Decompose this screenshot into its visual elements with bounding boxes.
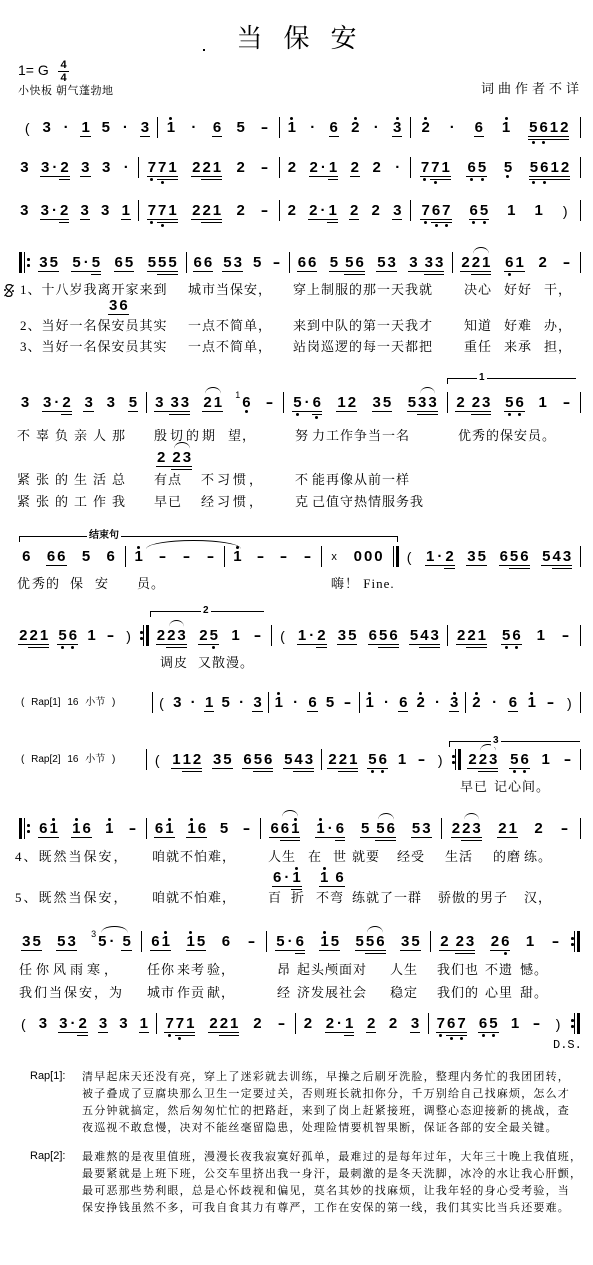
underline — [477, 176, 487, 177]
note-digit: 2 — [533, 821, 543, 837]
note-digit: 5 — [222, 752, 232, 768]
note-group: 3 — [118, 1016, 128, 1032]
note-digit: 5 — [375, 821, 385, 837]
note-digit: 6 — [118, 298, 128, 314]
dash-extension: - — [558, 255, 575, 271]
measure: 7716555612 — [412, 160, 578, 176]
beamed-note-group: 333 — [408, 255, 444, 271]
lyric-segment: 城市 — [147, 985, 175, 1001]
note-digit: 1 — [348, 752, 358, 768]
lyric-segment: 不习惯， — [201, 472, 265, 488]
grace-note: 3 — [91, 930, 96, 939]
underline — [519, 768, 529, 769]
note-digit: 3 — [154, 395, 164, 411]
note-digit: 2 — [201, 203, 211, 219]
underline — [58, 1032, 68, 1033]
note-group: - — [252, 628, 263, 644]
note-digit: 7 — [157, 203, 167, 219]
underline — [367, 768, 377, 769]
underline — [166, 647, 176, 648]
beamed-note-group: 2·1 — [308, 203, 338, 219]
staff-row: 61161-61165-6611·655653223212- — [0, 821, 593, 837]
note-group: ) — [436, 752, 445, 768]
note-group: · — [490, 695, 499, 711]
note-digit: 2 — [349, 203, 359, 219]
underline — [481, 414, 491, 415]
lyric-segment: 憾。 — [520, 962, 548, 978]
note-digit: 3 — [80, 160, 90, 176]
barline — [289, 252, 290, 273]
note-digit: 6 — [504, 255, 514, 271]
note-digit: 6 — [241, 395, 251, 411]
beamed-note-group: 221 — [456, 628, 487, 644]
repeat-end-barline — [574, 1013, 575, 1034]
underline — [175, 1032, 185, 1033]
underline — [167, 274, 177, 275]
dash-extension: - — [557, 628, 574, 644]
barline — [156, 1013, 157, 1034]
lyric-segment: 穿上制服的那一天我就 — [293, 282, 433, 298]
barline — [447, 392, 448, 413]
note-group: 1 — [104, 821, 114, 837]
underline — [372, 411, 382, 412]
note-digit: 6 — [242, 752, 252, 768]
note-digit: 3 — [66, 934, 76, 950]
underline — [77, 1032, 87, 1033]
underline — [366, 1032, 376, 1033]
beamed-note-group: 65 — [469, 203, 490, 219]
volta-bracket: 3 — [449, 741, 580, 747]
underline — [293, 771, 303, 772]
underline — [212, 768, 222, 769]
lyric-segment: 紧张的生活总 — [17, 472, 131, 488]
note-digit: 5 — [376, 255, 386, 271]
underline — [252, 711, 262, 712]
note-digit: 2 — [371, 203, 381, 219]
repeat-end-barline — [574, 931, 575, 952]
note-digit: 3 — [408, 255, 418, 271]
underline — [538, 139, 548, 140]
low-octave-dot — [482, 1034, 485, 1037]
low-octave-dot — [470, 178, 473, 181]
measure: 6611·655653 — [262, 821, 439, 837]
underline — [541, 565, 551, 566]
note-digit: 3 — [169, 395, 179, 411]
note-group: 1 — [538, 395, 548, 411]
underline — [375, 840, 385, 841]
underline — [436, 1032, 446, 1033]
underline — [191, 219, 201, 220]
underline — [176, 644, 186, 645]
barline — [279, 200, 280, 221]
beamed-note-group: 543 — [283, 752, 314, 768]
note-group: - — [278, 549, 289, 565]
note-digit: 5 — [147, 255, 157, 271]
underline — [307, 644, 316, 645]
underline — [538, 136, 548, 137]
note-group: · — [291, 695, 300, 711]
note-digit: 2 — [471, 255, 481, 271]
high-octave-dot — [505, 117, 508, 120]
underline — [392, 219, 402, 220]
barline — [186, 252, 187, 273]
note-digit: 5 — [275, 934, 285, 950]
note-digit: 2 — [252, 1016, 262, 1032]
barline — [321, 546, 322, 567]
lyric-segment: 不 — [295, 472, 309, 488]
underline — [57, 644, 67, 645]
augmentation-dot: · — [50, 160, 59, 176]
augmentation-dot: · — [318, 203, 327, 219]
underline — [409, 644, 419, 645]
note-digit: 6 — [269, 821, 279, 837]
measure: 767651-) — [430, 1016, 568, 1032]
note-digit: 5 — [360, 821, 370, 837]
note-digit: 1 — [204, 695, 214, 711]
staff-row: 33·233·7712212-22·122·7716555612 — [0, 160, 593, 176]
underline — [424, 271, 434, 272]
underline — [461, 840, 471, 841]
underline — [157, 176, 167, 177]
lyric-segment: 人生 — [268, 849, 296, 865]
underline — [49, 837, 59, 838]
rap-lyric-line: 最难熬的是夜里值班，漫漫长夜我寂寞好孤单，最难过的是每年过年，大年三十晚上我值班… — [82, 1148, 582, 1165]
underline — [283, 768, 293, 769]
note-group: · — [372, 120, 381, 136]
underline — [124, 271, 134, 272]
high-octave-dot — [368, 692, 371, 695]
beamed-note-group: 61 — [504, 255, 525, 271]
underline — [338, 768, 348, 769]
note-digit: 5 — [509, 549, 519, 565]
note-digit: 1 — [230, 628, 240, 644]
cue-notes: 223 — [156, 450, 192, 466]
note-group: · — [393, 160, 402, 176]
note-digit: 3 — [430, 628, 440, 644]
beamed-note-group: 223 — [156, 628, 187, 644]
underline — [154, 837, 164, 838]
underline — [59, 222, 69, 223]
dal-segno-marking: D.S. — [553, 1037, 582, 1053]
underline — [378, 647, 388, 648]
beamed-note-group: 767 — [420, 203, 451, 219]
dash-extension: - — [558, 395, 575, 411]
note-digit: 5 — [501, 628, 511, 644]
note-group: 1 — [230, 628, 240, 644]
high-octave-dot — [169, 117, 172, 120]
underline — [430, 644, 440, 645]
beamed-note-group: 221 — [460, 255, 491, 271]
low-octave-dot — [178, 1037, 181, 1040]
slur-arc: 5·5 — [97, 934, 132, 950]
note-group: · — [382, 695, 391, 711]
beamed-note-group: 661 — [269, 821, 300, 837]
beamed-note-group: 1·2 — [425, 549, 455, 565]
underline — [509, 768, 519, 769]
note-group: 2 — [388, 1016, 398, 1032]
beamed-note-group: 1 — [204, 695, 214, 711]
note-digit: 3 — [337, 628, 347, 644]
beamed-note-group: 56 — [501, 628, 522, 644]
low-octave-dot — [381, 770, 384, 773]
underline — [336, 411, 346, 412]
beamed-note-group: 3 — [140, 120, 150, 136]
beamed-note-group: 556 — [360, 821, 396, 837]
note-digit: 6 — [280, 821, 290, 837]
repeat-end-barline — [143, 625, 144, 646]
volta-label: 1 — [477, 372, 487, 384]
note-digit: 7 — [175, 1016, 185, 1032]
note-group: 2 — [420, 120, 430, 136]
note-digit: 6 — [263, 752, 273, 768]
note-digit: 6 — [398, 695, 408, 711]
beamed-note-group: 223 — [451, 821, 482, 837]
underline — [488, 771, 498, 772]
note-group: ( — [153, 752, 162, 768]
note-digit: 6 — [105, 549, 115, 565]
underline — [501, 644, 511, 645]
underline — [456, 1032, 466, 1033]
high-octave-dot — [319, 818, 322, 821]
measure: 61156- — [143, 934, 264, 950]
note-digit: 1 — [508, 821, 518, 837]
note-group: 3 — [20, 395, 30, 411]
note-digit: 6 — [307, 255, 317, 271]
underline — [319, 176, 328, 177]
measure: (3·15·3 — [18, 120, 155, 136]
note-digit: 3 — [38, 1016, 48, 1032]
note-digit: 2 — [166, 628, 176, 644]
underline — [286, 950, 295, 951]
low-octave-dot — [450, 1037, 453, 1040]
note-digit: 3 — [304, 752, 314, 768]
beamed-note-group: 35 — [466, 549, 487, 565]
underline — [471, 411, 481, 412]
lyric-segment: 4、既然当保安， — [15, 849, 129, 865]
measure: (1·235656543 — [399, 549, 578, 565]
note-group: ( — [405, 549, 414, 565]
underline — [156, 466, 166, 467]
note-digit: 3 — [20, 395, 30, 411]
dash-extension: - — [559, 752, 576, 768]
note-digit: 6 — [539, 160, 549, 176]
high-octave-dot — [453, 692, 456, 695]
beamed-note-group: 5·6 — [275, 934, 305, 950]
underline — [80, 176, 90, 177]
underline — [39, 644, 49, 645]
note-digit: 6 — [212, 120, 222, 136]
underline — [312, 414, 322, 415]
underline — [408, 271, 418, 272]
underline — [229, 1032, 239, 1033]
underline — [171, 768, 181, 769]
underline — [420, 176, 430, 177]
beamed-note-group: 53 — [222, 255, 243, 271]
underline — [549, 179, 559, 180]
note-digit: 5 — [167, 255, 177, 271]
note-digit: 3 — [19, 160, 29, 176]
low-octave-dot — [508, 413, 511, 416]
note-digit: 1 — [171, 752, 181, 768]
underline — [410, 1032, 420, 1033]
note-digit: 2 — [191, 203, 201, 219]
underline — [560, 176, 570, 177]
lyric-segment: 心里 — [485, 985, 513, 1001]
underline — [157, 274, 167, 275]
measure: 7712212- — [158, 1016, 293, 1032]
lyric-segment: 城市当保安， — [188, 282, 272, 298]
open-paren: ( — [19, 1016, 28, 1032]
note-group: 3 — [38, 1016, 48, 1032]
lyric-segment: 献， — [207, 985, 235, 1001]
measure: 5·61235533 — [285, 395, 445, 411]
note-digit: 5 — [529, 160, 539, 176]
note-group: · — [237, 695, 246, 711]
note-digit: 1 — [39, 628, 49, 644]
barline — [580, 200, 581, 221]
note-digit: 2 — [202, 395, 212, 411]
underline — [98, 1032, 108, 1033]
beamed-note-group: 61 — [38, 821, 59, 837]
note-digit: 1 — [166, 120, 176, 136]
rest: 0 — [373, 549, 383, 565]
underline — [529, 179, 539, 180]
note-digit: 7 — [420, 203, 430, 219]
note-digit: 7 — [157, 160, 167, 176]
lyric-segment: 甜。 — [520, 985, 548, 1001]
note-digit: 1 — [327, 203, 337, 219]
dash-extension: - — [257, 160, 274, 176]
underline — [504, 411, 514, 412]
underline — [253, 768, 263, 769]
close-paren: ) — [565, 695, 574, 711]
low-octave-dot — [506, 175, 509, 178]
underline — [378, 768, 388, 769]
measure: (1·235656543 — [273, 628, 445, 644]
lyric-segment: 我们的 — [437, 985, 479, 1001]
underline — [164, 837, 174, 838]
open-paren: ( — [278, 628, 287, 644]
beamed-note-group: 555 — [147, 255, 178, 271]
note-digit: 3 — [100, 203, 110, 219]
beamed-note-group: 771 — [147, 203, 178, 219]
underline — [559, 139, 569, 140]
note-digit: 2 — [461, 821, 471, 837]
note-digit: 5 — [71, 255, 81, 271]
measure: 33·233· — [14, 160, 136, 176]
close-paren: ) — [554, 1016, 563, 1032]
note-digit: 5 — [330, 934, 340, 950]
underline — [316, 644, 326, 645]
note-digit: 1 — [290, 821, 300, 837]
dash-extension: - — [547, 934, 564, 950]
note-digit: 5 — [81, 549, 91, 565]
underline — [182, 771, 192, 772]
note-digit: 1 — [365, 695, 375, 711]
note-group: - — [550, 934, 561, 950]
low-octave-dot — [434, 181, 437, 184]
beamed-note-group: 6 — [474, 120, 484, 136]
beamed-note-group: 35 — [212, 752, 233, 768]
lyric-segment: 办， — [544, 318, 572, 334]
lyric-segment: 经 — [277, 985, 291, 1001]
lyric-segment: 2、当好一名保安员其实 — [20, 318, 168, 334]
rap-placeholder-label: ( Rap[1] 16 小节 ) — [21, 697, 115, 709]
underline — [59, 179, 69, 180]
note-digit: 2 — [455, 395, 465, 411]
measure: x000 — [323, 549, 391, 565]
beamed-note-group: 1 — [80, 120, 90, 136]
note-digit: 5 — [407, 395, 417, 411]
underline — [328, 176, 338, 177]
underline — [319, 950, 329, 951]
beamed-note-group: 6 — [398, 695, 408, 711]
cue-notes: 16 — [319, 870, 345, 886]
lyric-segment: 早已 — [460, 779, 488, 795]
note-digit: 3 — [40, 203, 50, 219]
underline — [212, 179, 222, 180]
note-group: - — [259, 160, 270, 176]
underline — [28, 647, 38, 648]
note-digit: 1 — [319, 870, 329, 886]
volta-label: 3 — [491, 735, 501, 747]
note-digit: 5 — [31, 934, 41, 950]
beamed-note-group: 3 — [392, 120, 402, 136]
slur-arc: 61 — [280, 821, 301, 837]
measure: 7712212- — [140, 160, 277, 176]
measure: 1·65- — [159, 120, 277, 136]
note-group: 1 — [541, 752, 551, 768]
low-octave-dot — [371, 770, 374, 773]
lyric-segment: 有点 — [154, 472, 182, 488]
rap-placeholder-label: ( Rap[2] 16 小节 ) — [21, 754, 115, 766]
high-octave-dot — [108, 818, 111, 821]
underline — [201, 176, 211, 177]
lyric-segment: 不辜负亲人那 — [17, 428, 131, 444]
underline — [307, 711, 317, 712]
underline — [338, 771, 348, 772]
note-digit: 2 — [350, 120, 360, 136]
note-group: 2 — [371, 203, 381, 219]
underline — [552, 565, 562, 566]
note-digit: 2 — [327, 752, 337, 768]
note-group: x — [330, 549, 338, 565]
underline — [50, 176, 59, 177]
note-group: - — [246, 934, 257, 950]
lyric-segment: 力工作争当一名 — [312, 428, 410, 444]
underline — [504, 271, 514, 272]
beamed-note-group: 556 — [329, 255, 365, 271]
beamed-note-group: 112 — [171, 752, 202, 768]
rap-lyric-line: 最要紧就是上班下班，公交车里挤出我一身汗，最刺激的是冬天洗脚，冰冷的水让我心肝颤… — [82, 1165, 582, 1182]
note-digit: 3 — [21, 934, 31, 950]
note-digit: 2 — [236, 160, 246, 176]
note-group: 5 — [236, 120, 246, 136]
note-digit: 3 — [392, 120, 402, 136]
beamed-note-group: 3 — [83, 395, 93, 411]
underline — [219, 1035, 229, 1036]
note-group: 3 — [19, 203, 29, 219]
note-digit: 1 — [182, 752, 192, 768]
note-digit: 2 — [77, 1016, 87, 1032]
lyric-segment: 3、当好一名保安员其实 — [20, 339, 168, 355]
time-signature: 4 4 — [58, 60, 69, 83]
underline — [549, 136, 559, 137]
low-octave-dot — [212, 646, 215, 649]
underline — [295, 953, 305, 954]
underline — [191, 176, 201, 177]
beamed-note-group: 3·2 — [40, 203, 70, 219]
